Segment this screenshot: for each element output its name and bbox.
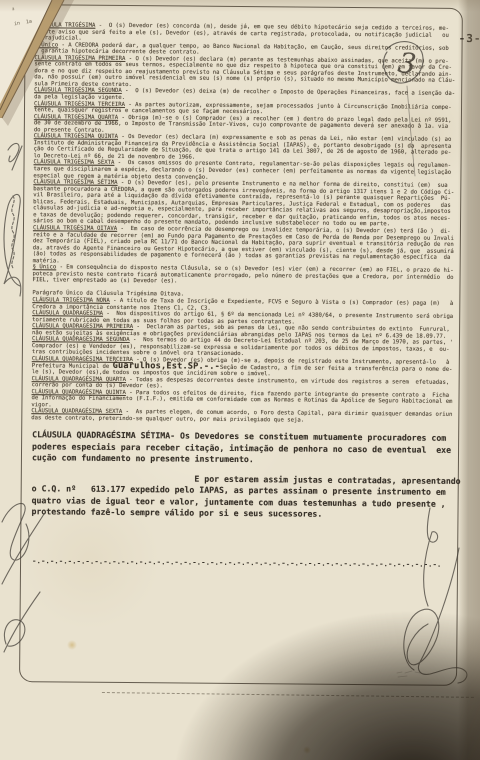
- closing-clauses-block: CLÁUSULA QUADRAGÉSIMA SÉTIMA- Os Devedor…: [31, 429, 458, 521]
- fragment-1: ª: [11, 7, 15, 13]
- fragment-2: in 1a: [14, 19, 33, 28]
- page-number: -3-: [459, 32, 480, 45]
- handwritten-page-number: 3: [387, 42, 426, 86]
- scanned-contract-photo: -3- CLÁUSULA TRIGÉSIMA - O (s) Devedor (…: [0, 0, 480, 760]
- pencil-rule-line: [102, 692, 474, 698]
- corner-typed-fragments: ª in 1a: [0, 0, 34, 37]
